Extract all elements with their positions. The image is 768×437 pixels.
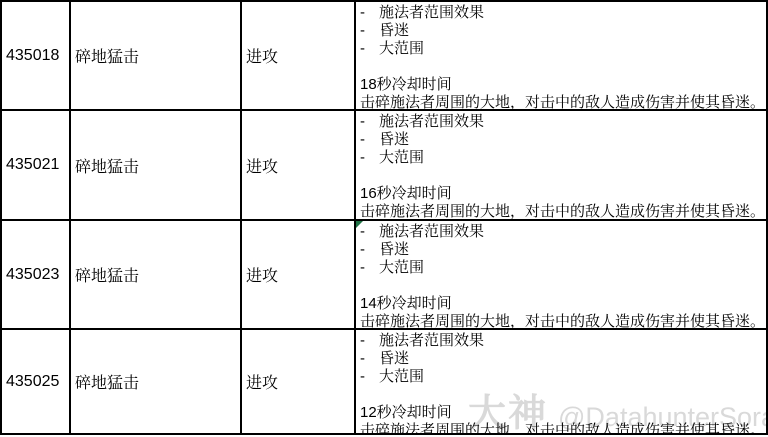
skill-name-cell[interactable]: 碎地猛击: [71, 221, 242, 330]
effect-bullet-line: -施法者范围效果: [360, 4, 764, 22]
effect-bullet-line: -施法者范围效果: [360, 223, 764, 241]
effect-bullet-line: -大范围: [360, 368, 764, 386]
skill-name: 碎地猛击: [75, 370, 139, 393]
description-text: 击碎施法者周围的大地，对击中的敌人造成伤害并使其昏迷。: [360, 313, 764, 330]
skill-description-cell[interactable]: -施法者范围效果 -昏迷 -大范围 14秒冷却时间 击碎施法者周围的大地，对击中…: [356, 221, 766, 330]
effect-bullet-line: -施法者范围效果: [360, 113, 764, 131]
effect-label: 大范围: [379, 368, 424, 386]
skill-type: 进攻: [246, 154, 278, 177]
bullet-dash: -: [360, 131, 379, 149]
effect-label: 昏迷: [379, 350, 409, 368]
effect-bullet-line: -昏迷: [360, 131, 764, 149]
skill-type: 进攻: [246, 263, 278, 286]
skill-name: 碎地猛击: [75, 154, 139, 177]
skill-id-cell[interactable]: 435021: [2, 111, 71, 221]
effect-label: 大范围: [379, 149, 424, 167]
skill-description-cell[interactable]: -施法者范围效果 -昏迷 -大范围 12秒冷却时间 击碎施法者周围的大地，对击中…: [356, 330, 766, 433]
bullet-dash: -: [360, 22, 379, 40]
effect-label: 大范围: [379, 259, 424, 277]
effect-label: 大范围: [379, 40, 424, 58]
effect-label: 施法者范围效果: [379, 113, 484, 131]
effect-label: 昏迷: [379, 131, 409, 149]
skill-name-cell[interactable]: 碎地猛击: [71, 330, 242, 433]
effect-bullet-line: -大范围: [360, 259, 764, 277]
bullet-dash: -: [360, 113, 379, 131]
skill-name-cell[interactable]: 碎地猛击: [71, 2, 242, 111]
skill-type-cell[interactable]: 进攻: [242, 2, 356, 111]
effect-bullet-line: -昏迷: [360, 241, 764, 259]
bullet-dash: -: [360, 368, 379, 386]
blank-line: [360, 167, 764, 185]
skill-type: 进攻: [246, 370, 278, 393]
skill-id: 435018: [6, 47, 59, 65]
skill-id: 435023: [6, 266, 59, 284]
blank-line: [360, 58, 764, 76]
skill-table: 435018 碎地猛击 进攻 -施法者范围效果 -昏迷 -大范围 18秒冷却时间…: [0, 0, 768, 435]
skill-id: 435025: [6, 373, 59, 391]
effect-bullet-line: -大范围: [360, 40, 764, 58]
bullet-dash: -: [360, 350, 379, 368]
skill-id-cell[interactable]: 435025: [2, 330, 71, 433]
effect-label: 施法者范围效果: [379, 223, 484, 241]
skill-id-cell[interactable]: 435023: [2, 221, 71, 330]
cooldown-text: 18秒冷却时间: [360, 76, 764, 94]
effect-label: 施法者范围效果: [379, 332, 484, 350]
skill-name: 碎地猛击: [75, 44, 139, 67]
description-text: 击碎施法者周围的大地，对击中的敌人造成伤害并使其昏迷。: [360, 203, 764, 221]
description-text: 击碎施法者周围的大地，对击中的敌人造成伤害并使其昏迷。: [360, 94, 764, 111]
description-text: 击碎施法者周围的大地，对击中的敌人造成伤害并使其昏迷。: [360, 422, 764, 433]
effect-bullet-line: -昏迷: [360, 350, 764, 368]
skill-description-cell[interactable]: -施法者范围效果 -昏迷 -大范围 16秒冷却时间 击碎施法者周围的大地，对击中…: [356, 111, 766, 221]
skill-id: 435021: [6, 156, 59, 174]
skill-type-cell[interactable]: 进攻: [242, 330, 356, 433]
effect-label: 施法者范围效果: [379, 4, 484, 22]
skill-type-cell[interactable]: 进攻: [242, 111, 356, 221]
effect-label: 昏迷: [379, 241, 409, 259]
cooldown-text: 16秒冷却时间: [360, 185, 764, 203]
bullet-dash: -: [360, 40, 379, 58]
bullet-dash: -: [360, 332, 379, 350]
cooldown-text: 14秒冷却时间: [360, 295, 764, 313]
skill-type: 进攻: [246, 44, 278, 67]
skill-name-cell[interactable]: 碎地猛击: [71, 111, 242, 221]
bullet-dash: -: [360, 241, 379, 259]
effect-bullet-line: -昏迷: [360, 22, 764, 40]
bullet-dash: -: [360, 223, 379, 241]
cooldown-text: 12秒冷却时间: [360, 404, 764, 422]
blank-line: [360, 386, 764, 404]
bullet-dash: -: [360, 149, 379, 167]
bullet-dash: -: [360, 4, 379, 22]
skill-name: 碎地猛击: [75, 263, 139, 286]
skill-type-cell[interactable]: 进攻: [242, 221, 356, 330]
effect-bullet-line: -大范围: [360, 149, 764, 167]
effect-label: 昏迷: [379, 22, 409, 40]
effect-bullet-line: -施法者范围效果: [360, 332, 764, 350]
skill-id-cell[interactable]: 435018: [2, 2, 71, 111]
skill-description-cell[interactable]: -施法者范围效果 -昏迷 -大范围 18秒冷却时间 击碎施法者周围的大地，对击中…: [356, 2, 766, 111]
blank-line: [360, 277, 764, 295]
bullet-dash: -: [360, 259, 379, 277]
